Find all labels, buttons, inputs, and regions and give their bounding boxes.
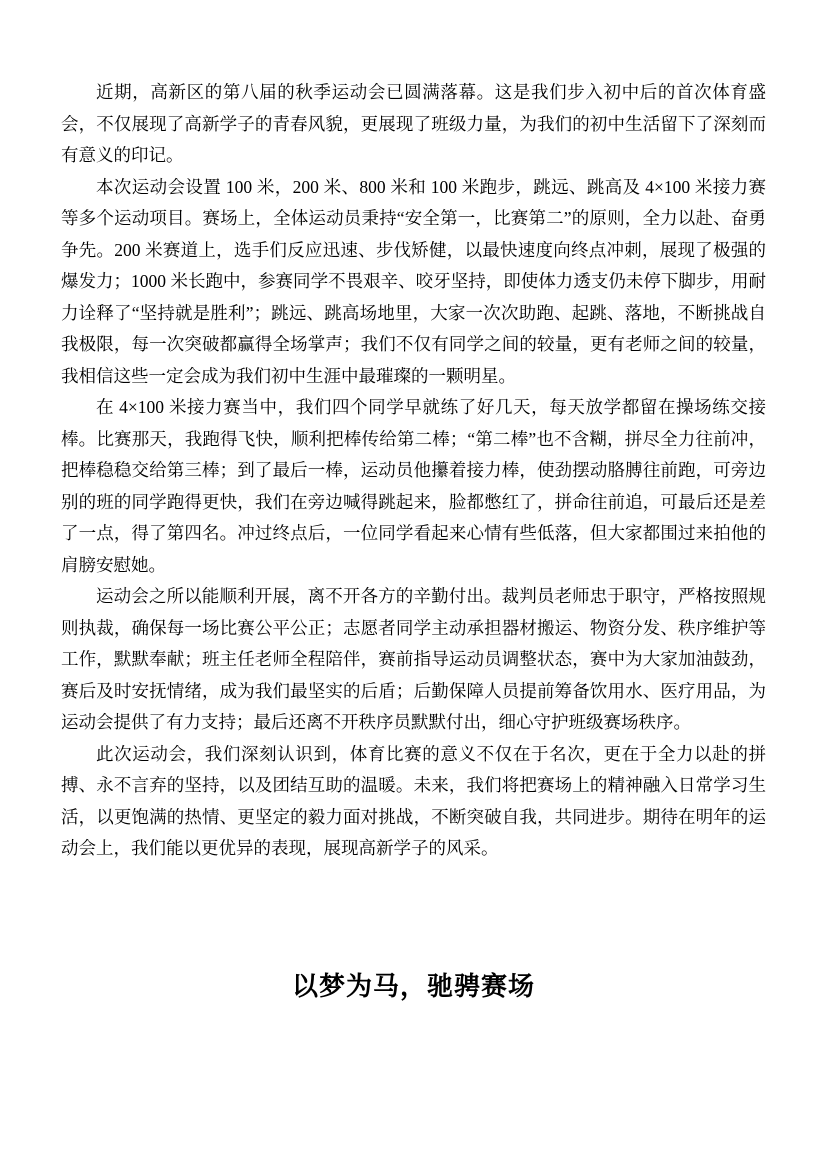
paragraph-3: 在 4×100 米接力赛当中，我们四个同学早就练了好几天，每天放学都留在操场练交… [61,392,766,581]
document-page: 近期，高新区的第八届的秋季运动会已圆满落幕。这是我们步入初中后的首次体育盛会，不… [0,0,827,1170]
closing-title: 以梦为马，驰骋赛场 [61,969,766,1005]
paragraph-2: 本次运动会设置 100 米，200 米、800 米和 100 米跑步，跳远、跳高… [61,172,766,393]
paragraph-5: 此次运动会，我们深刻认识到，体育比赛的意义不仅在于名次，更在于全力以赴的拼搏、永… [61,739,766,865]
paragraph-4: 运动会之所以能顺利开展，离不开各方的辛勤付出。裁判员老师忠于职守，严格按照规则执… [61,581,766,739]
paragraph-1: 近期，高新区的第八届的秋季运动会已圆满落幕。这是我们步入初中后的首次体育盛会，不… [61,77,766,172]
document-body: 近期，高新区的第八届的秋季运动会已圆满落幕。这是我们步入初中后的首次体育盛会，不… [0,0,827,1005]
